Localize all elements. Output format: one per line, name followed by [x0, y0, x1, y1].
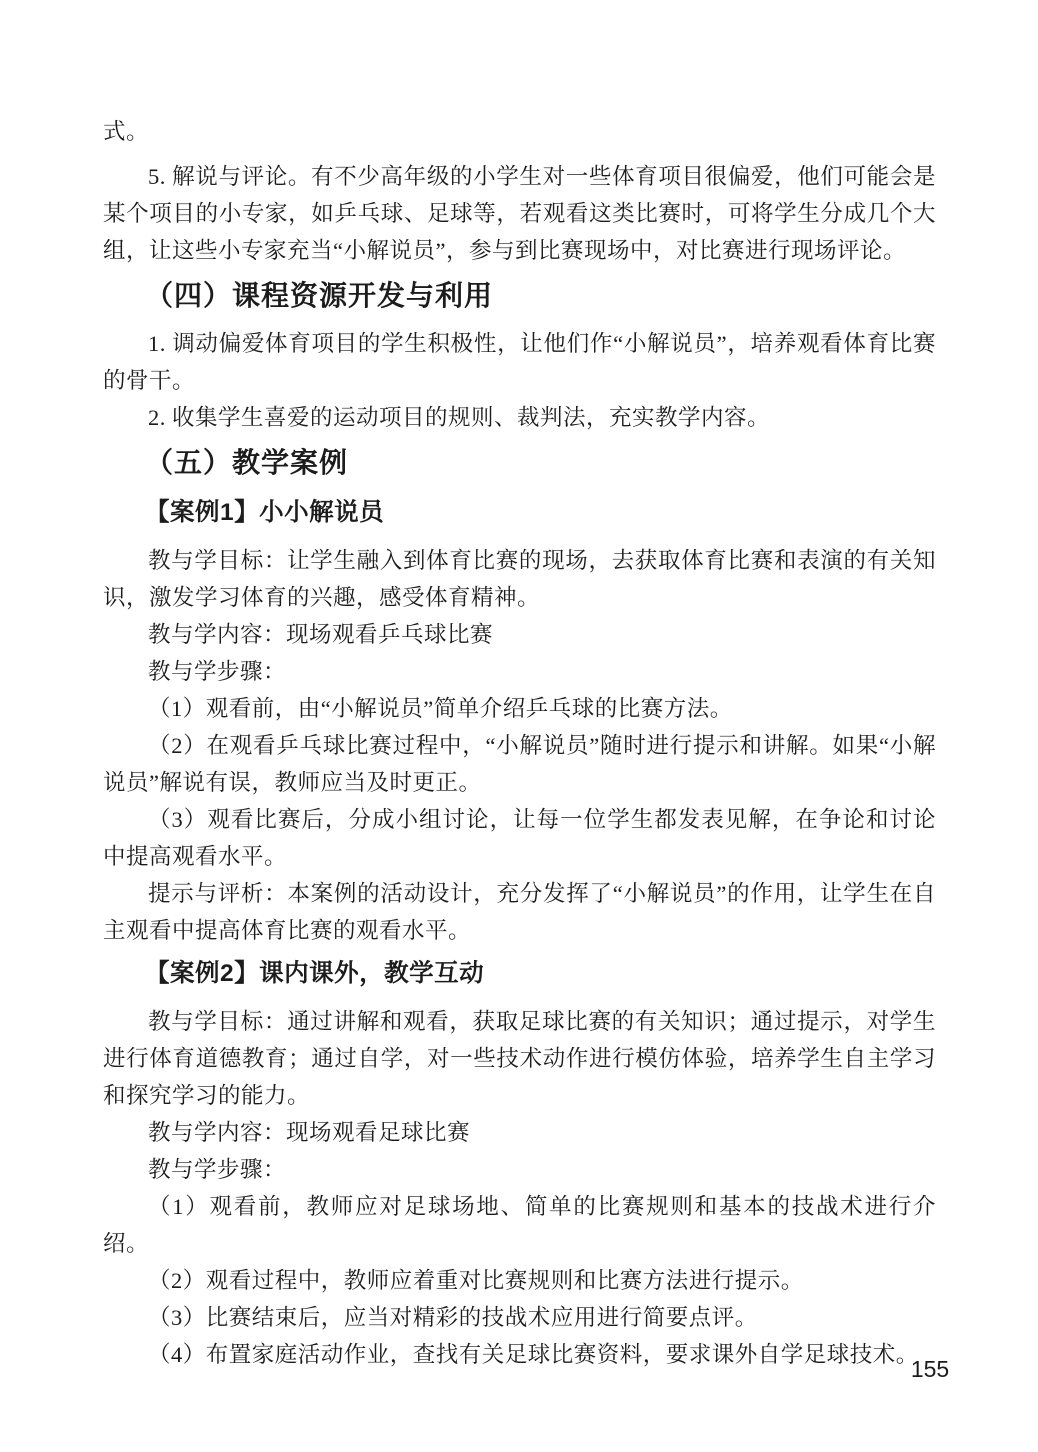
book-page: 式。 5. 解说与评论。有不少高年级的小学生对一些体育项目很偏爱，他们可能会是某… [0, 0, 1038, 1452]
section-heading-four: （四）课程资源开发与利用 [103, 275, 936, 319]
body-paragraph: （3）观看比赛后，分成小组讨论，让每一位学生都发表见解，在争论和讨论中提高观看水… [103, 801, 936, 875]
body-paragraph: （2）在观看乒乓球比赛过程中，“小解说员”随时进行提示和讲解。如果“小解说员”解… [103, 727, 936, 801]
body-paragraph: 教与学内容：现场观看足球比赛 [103, 1114, 936, 1151]
page-content: 式。 5. 解说与评论。有不少高年级的小学生对一些体育项目很偏爱，他们可能会是某… [103, 113, 936, 1373]
continuation-paragraph: 式。 [103, 113, 936, 150]
body-paragraph: （2）观看过程中，教师应着重对比赛规则和比赛方法进行提示。 [103, 1262, 936, 1299]
body-paragraph: 1. 调动偏爱体育项目的学生积极性，让他们作“小解说员”，培养观看体育比赛的骨干… [103, 325, 936, 399]
case1-heading: 【案例1】小小解说员 [103, 492, 936, 534]
page-number: 155 [900, 1356, 960, 1383]
section-heading-five: （五）教学案例 [103, 442, 936, 486]
body-paragraph: 教与学步骤： [103, 1151, 936, 1188]
case2-heading: 【案例2】课内课外，教学互动 [103, 953, 936, 995]
body-paragraph: 5. 解说与评论。有不少高年级的小学生对一些体育项目很偏爱，他们可能会是某个项目… [103, 158, 936, 269]
body-paragraph: （1）观看前，由“小解说员”简单介绍乒乓球的比赛方法。 [103, 690, 936, 727]
body-paragraph: （1）观看前，教师应对足球场地、简单的比赛规则和基本的技战术进行介绍。 [103, 1188, 936, 1262]
body-paragraph: 教与学目标：通过讲解和观看，获取足球比赛的有关知识；通过提示，对学生进行体育道德… [103, 1003, 936, 1114]
body-paragraph: 教与学目标：让学生融入到体育比赛的现场，去获取体育比赛和表演的有关知识，激发学习… [103, 542, 936, 616]
body-paragraph: （4）布置家庭活动作业，查找有关足球比赛资料，要求课外自学足球技术。 [103, 1336, 936, 1373]
body-paragraph: 教与学内容：现场观看乒乓球比赛 [103, 616, 936, 653]
body-paragraph: 提示与评析：本案例的活动设计，充分发挥了“小解说员”的作用，让学生在自主观看中提… [103, 875, 936, 949]
body-paragraph: 2. 收集学生喜爱的运动项目的规则、裁判法，充实教学内容。 [103, 399, 936, 436]
body-paragraph: （3）比赛结束后，应当对精彩的技战术应用进行简要点评。 [103, 1299, 936, 1336]
body-paragraph: 教与学步骤： [103, 653, 936, 690]
